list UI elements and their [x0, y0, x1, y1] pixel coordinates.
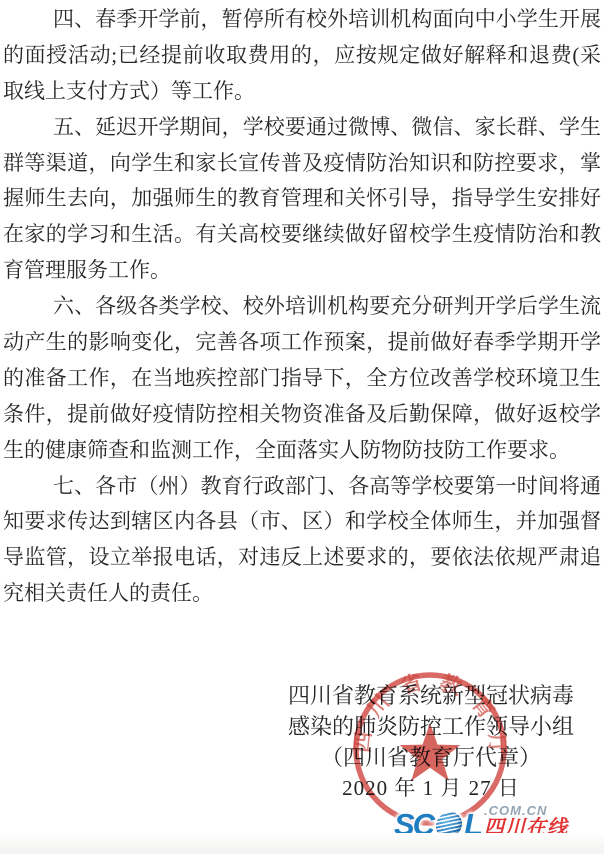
scan-bottom-edge [0, 833, 604, 854]
star-icon [400, 723, 461, 781]
document-line: 的准备工作，在当地疾控部门指导下，全方位改善学校环境卫生 [3, 361, 601, 397]
document-line: 握师生去向，加强师生的教育管理和关怀引导，指导学生安排好 [3, 181, 601, 217]
document-line: 动产生的影响变化，完善各项工作预案，提前做好春季学期开学 [3, 325, 601, 361]
document-line: 育管理服务工作。 [3, 253, 601, 289]
document-line: 群等渠道，向学生和家长宣传普及疫情防治知识和防控要求，掌 [3, 146, 601, 182]
document-line: 七、各市（州）教育行政部门、各高等学校要第一时间将通 [3, 469, 601, 505]
document-line: 知要求传达到辖区内各县（市、区）和学校全体师生，并加强督 [3, 504, 601, 540]
document-line: 六、各级各类学校、校外培训机构要充分研判开学后学生流 [3, 289, 601, 325]
document-line: 四、春季开学前，暂停所有校外培训机构面向中小学生开展 [3, 2, 601, 38]
document-line: 究相关责任人的责任。 [3, 576, 601, 612]
document-line: 取线上支付方式）等工作。 [3, 74, 601, 110]
document-line: 导监管，设立举报电话，对违反上述要求的，要依法依规严肃追 [3, 540, 601, 576]
document-line: 在家的学习和生活。有关高校要继续做好留校学生疫情防治和教 [3, 217, 601, 253]
document-line: 生的健康筛查和监测工作，全面落实人防物防技防工作要求。 [3, 433, 601, 469]
scol-domain-text: .COM.CN [484, 804, 568, 818]
document-line: 五、延迟开学期间，学校要通过微博、微信、家长群、学生 [3, 110, 601, 146]
scanned-notice-page: 四、春季开学前，暂停所有校外培训机构面向中小学生开展 的面授活动;已经提前收取费… [0, 0, 604, 854]
document-line: 的面授活动;已经提前收取费用的，应按规定做好解释和退费(采 [3, 38, 601, 74]
notice-body-text: 四、春季开学前，暂停所有校外培训机构面向中小学生开展 的面授活动;已经提前收取费… [3, 2, 601, 612]
document-line: 条件，提前做好疫情防控相关物资准备及后勤保障，做好返校学 [3, 397, 601, 433]
